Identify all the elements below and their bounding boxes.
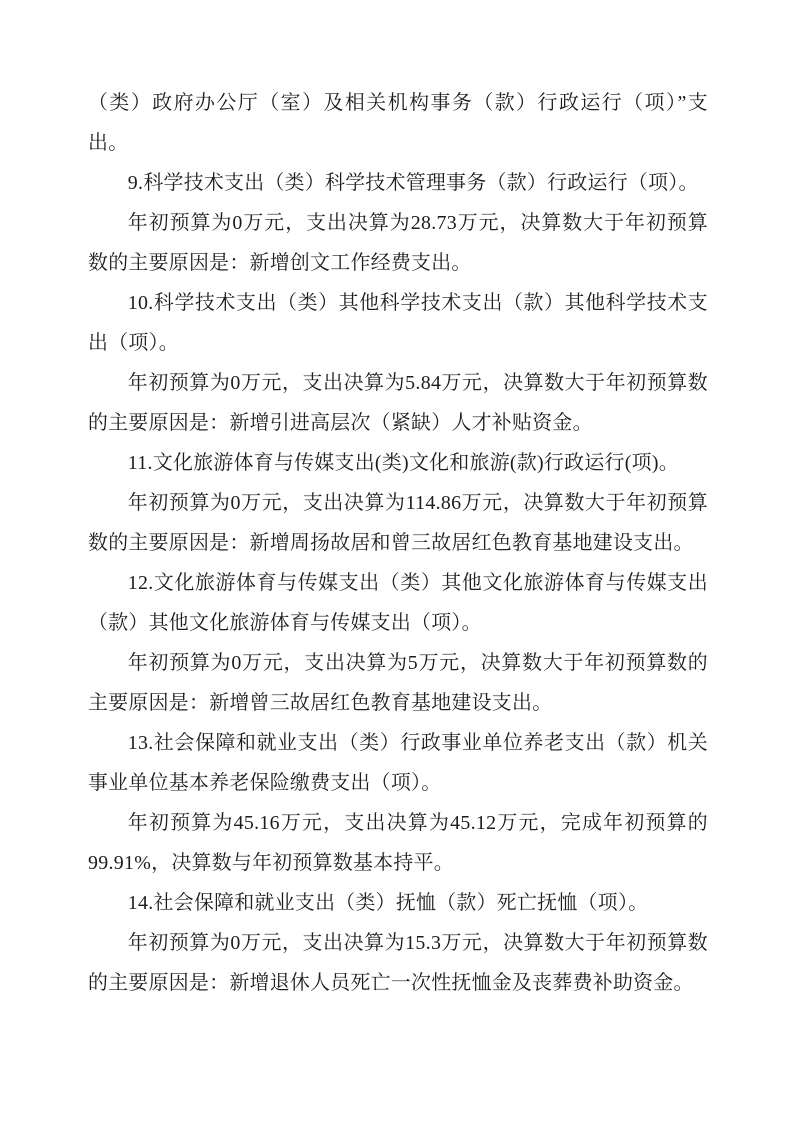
paragraph-continuation: （类）政府办公厅（室）及相关机构事务（款）行政运行（项）”支出。 [88,83,708,163]
document-page: （类）政府办公厅（室）及相关机构事务（款）行政运行（项）”支出。 9.科学技术支… [0,0,794,1122]
item-10-heading: 10.科学技术支出（类）其他科学技术支出（款）其他科学技术支出（项）。 [88,283,708,363]
item-11-heading: 11.文化旅游体育与传媒支出(类)文化和旅游(款)行政运行(项)。 [88,443,708,483]
text-content: （类）政府办公厅（室）及相关机构事务（款）行政运行（项）”支出。 9.科学技术支… [88,83,708,1003]
item-14-detail: 年初预算为0万元，支出决算为15.3万元，决算数大于年初预算数的主要原因是：新增… [88,923,708,1003]
item-12-heading: 12.文化旅游体育与传媒支出（类）其他文化旅游体育与传媒支出（款）其他文化旅游体… [88,563,708,643]
item-13-detail: 年初预算为45.16万元，支出决算为45.12万元，完成年初预算的99.91%，… [88,803,708,883]
item-13-heading: 13.社会保障和就业支出（类）行政事业单位养老支出（款）机关事业单位基本养老保险… [88,723,708,803]
item-9-heading: 9.科学技术支出（类）科学技术管理事务（款）行政运行（项）。 [88,163,708,203]
item-10-detail: 年初预算为0万元，支出决算为5.84万元，决算数大于年初预算数的主要原因是：新增… [88,363,708,443]
item-12-detail: 年初预算为0万元，支出决算为5万元，决算数大于年初预算数的主要原因是：新增曾三故… [88,643,708,723]
item-14-heading: 14.社会保障和就业支出（类）抚恤（款）死亡抚恤（项）。 [88,883,708,923]
item-11-detail: 年初预算为0万元，支出决算为114.86万元，决算数大于年初预算数的主要原因是：… [88,483,708,563]
item-9-detail: 年初预算为0万元，支出决算为28.73万元，决算数大于年初预算数的主要原因是：新… [88,203,708,283]
